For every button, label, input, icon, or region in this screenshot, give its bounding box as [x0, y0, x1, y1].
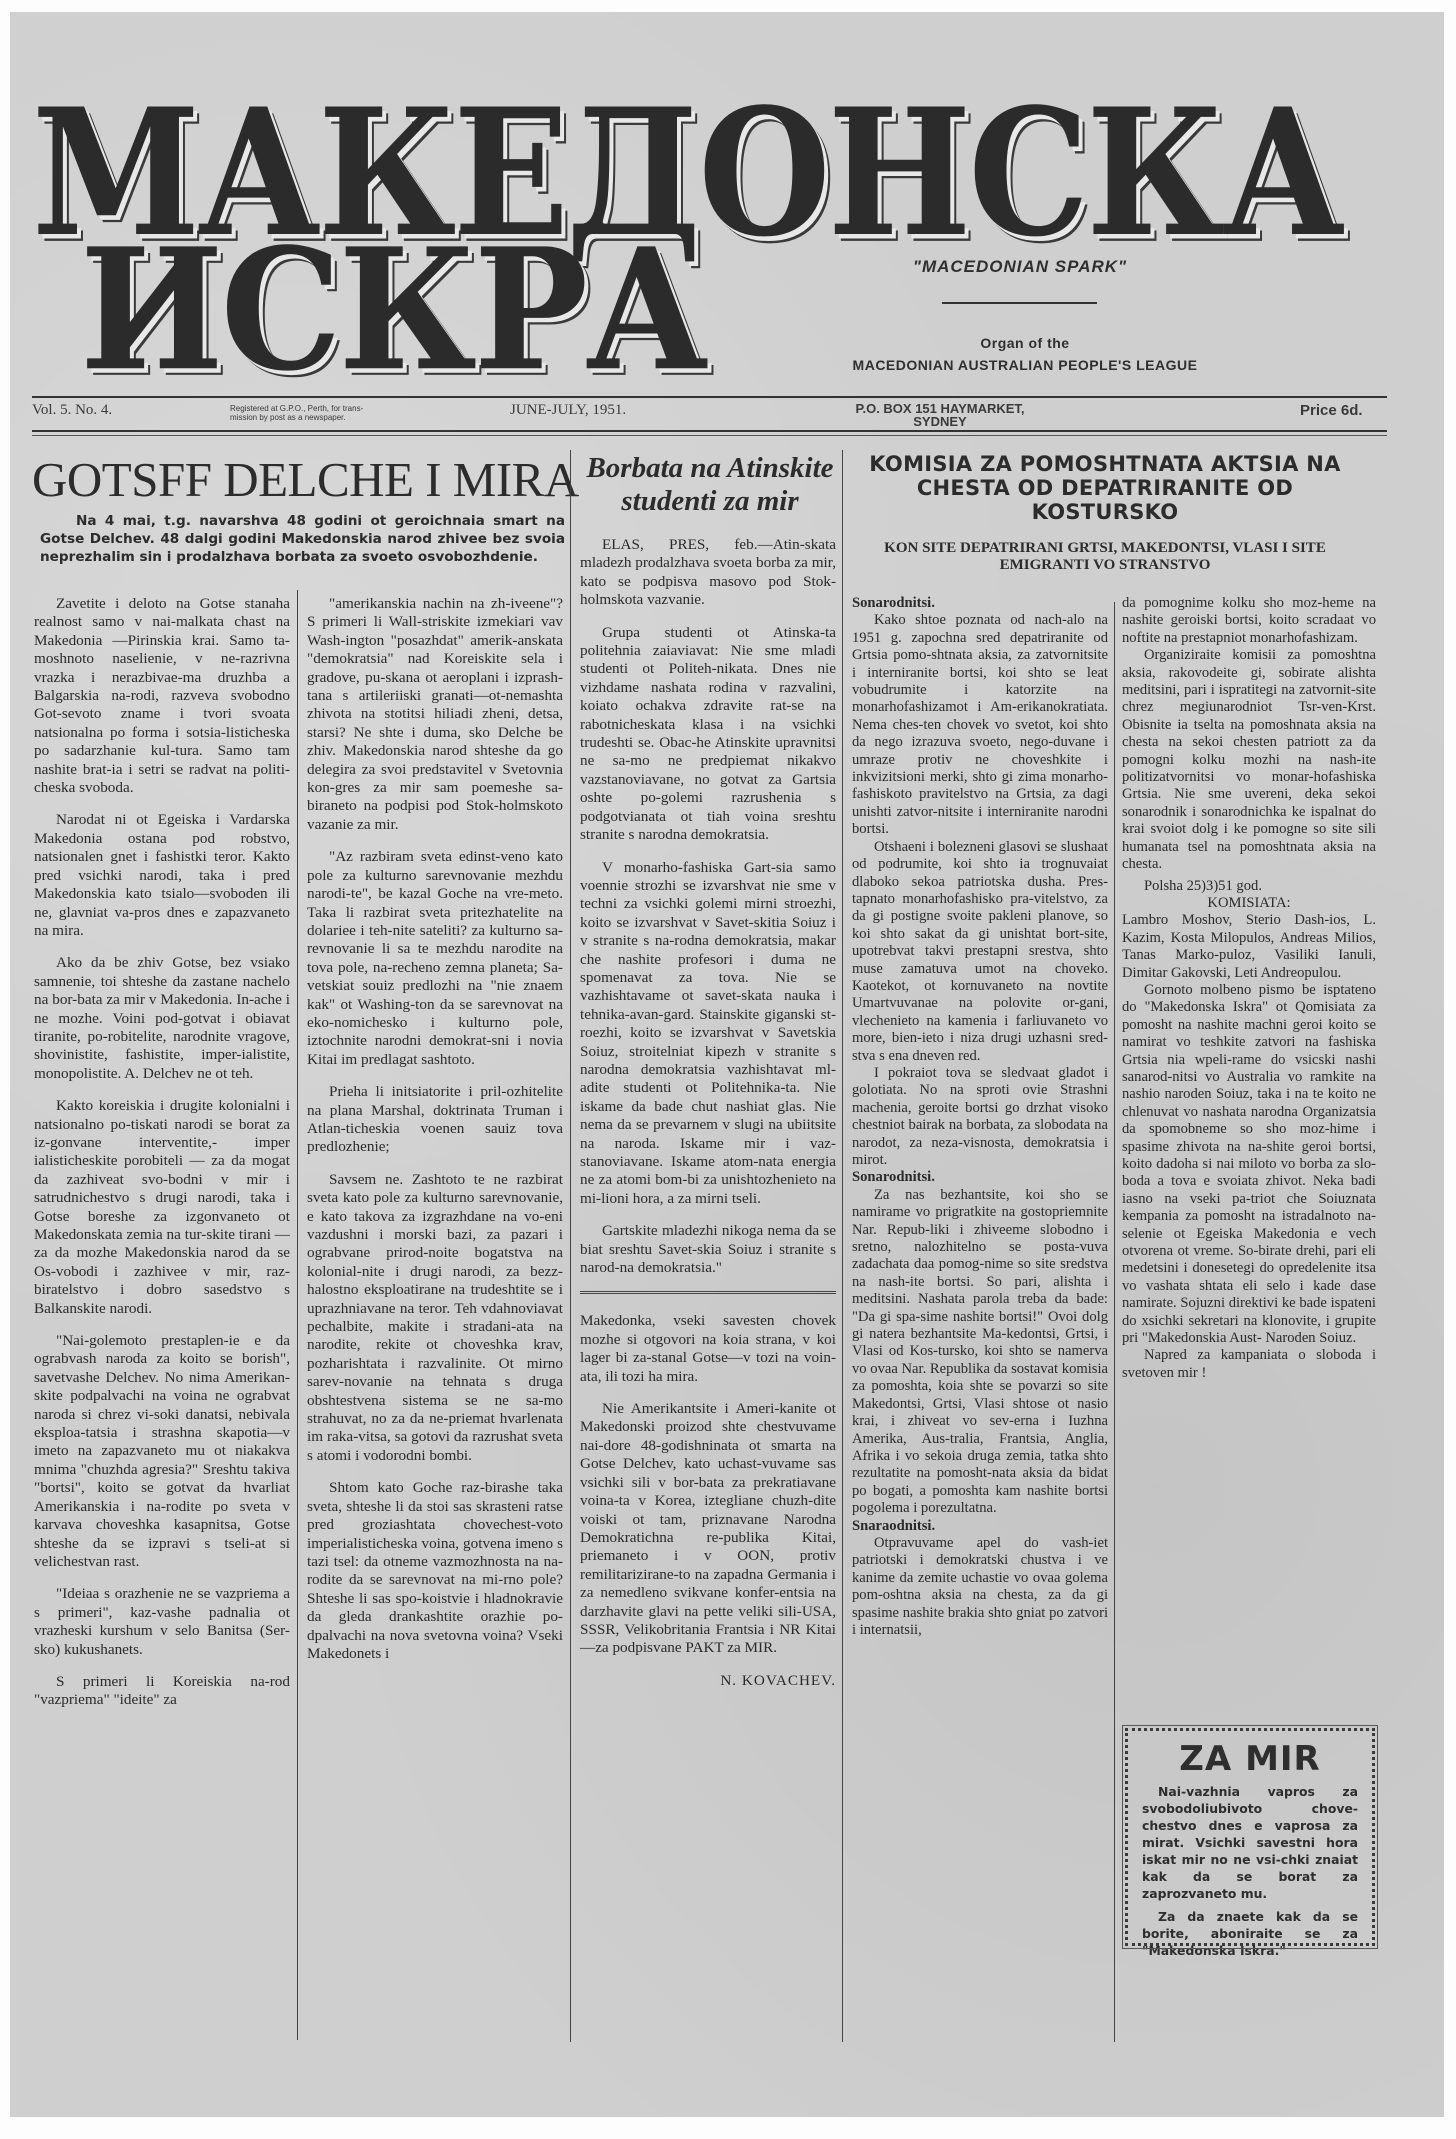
salutation: Sonarodnitsi. [852, 595, 1108, 612]
masthead-tagline: "MACEDONIAN SPARK" [860, 257, 1180, 277]
paragraph: ELAS, PRES, feb.—Atin-skata mladezh prod… [580, 536, 836, 610]
column-rule-4 [1114, 602, 1115, 2042]
paragraph: Otshaeni i bolezneni glasovi se slushaat… [852, 839, 1108, 1065]
paragraph: Prieha li initsiatorite i pril-ozhitelit… [307, 1083, 563, 1157]
paragraph: Otpravuvame apel do vash-iet patriotski … [852, 1535, 1108, 1639]
issue-price: Price 6d. [1300, 402, 1363, 419]
newspaper-page: МАКЕДОНСКА ИСКРА "MACEDONIAN SPARK" Orga… [10, 12, 1444, 2117]
paragraph: Nai-vazhnia vapros za svobodoliubivoto c… [1142, 1783, 1358, 1902]
paragraph: "Nai-golemoto prestaplen-ie e da ograbva… [34, 1332, 290, 1571]
paragraph: Gartskite mladezhi nikoga nema da se bia… [580, 1222, 836, 1277]
byline-kovachev: N. KOVACHEV. [580, 1672, 836, 1690]
paragraph: Nie Amerikantsite i Ameri-kanite ot Make… [580, 1400, 836, 1658]
column-2: "amerikanskia nachin na zh-iveene"? S pr… [307, 595, 563, 1677]
headline-borbata: Borbata na Atinskite studenti za mir [580, 452, 840, 518]
paragraph: Gornoto molbeno pismo be isptateno do "M… [1122, 982, 1376, 1348]
paragraph: Kakto koreiskia i drugite kolonialni i n… [34, 1097, 290, 1318]
article-separator [580, 1291, 836, 1294]
paragraph: Makedonka, vseki savesten chovek mozhe s… [580, 1312, 836, 1386]
paragraph: I pokraiot tova se sledvaat gladot i gol… [852, 1065, 1108, 1169]
headline-borbata-line1: Borbata na Atinskite [580, 452, 840, 485]
paragraph: S primeri li Koreiskia na-rod "vazpriema… [34, 1673, 290, 1710]
paragraph: "Az razbiram sveta edinst-veno kato pole… [307, 848, 563, 1069]
lead-gotse: Na 4 mai, t.g. navarshva 48 godini ot ge… [40, 512, 565, 566]
paragraph: Narodat ni ot Egeiska i Vardarska Makedo… [34, 811, 290, 940]
column-1: Zavetite i deloto na Gotse stanaha realn… [34, 595, 290, 1724]
paragraph: Grupa studenti ot Atinska-ta politehnia … [580, 624, 836, 845]
masthead-rule-thin [32, 435, 1387, 436]
tagline-rule [942, 302, 1097, 304]
lead-paragraph: Na 4 mai, t.g. navarshva 48 godini ot ge… [40, 512, 565, 566]
za-mir-body: Nai-vazhnia vapros za svobodoliubivoto c… [1142, 1783, 1358, 1959]
issue-volume: Vol. 5. No. 4. [32, 402, 112, 419]
paragraph: Za da znaete kak da se borite, abonirait… [1142, 1908, 1358, 1959]
issue-registration: Registered at G.P.O., Perth, for trans- … [230, 404, 363, 422]
za-mir-title: ZA MIR [1142, 1741, 1358, 1777]
column-rule-3 [842, 450, 843, 2042]
paragraph: Za nas bezhantsite, koi sho se namirame … [852, 1187, 1108, 1518]
masthead-rule-top [32, 396, 1387, 398]
committee-members: Lambro Moshov, Sterio Dash-ios, L. Kazim… [1122, 912, 1376, 982]
masthead-title-line2: ИСКРА [80, 244, 640, 376]
salutation-3: Snaraodnitsi. [852, 1518, 1108, 1535]
column-5: da pomognime kolku sho moz-heme na nashi… [1122, 595, 1376, 1382]
paragraph: Zavetite i deloto na Gotse stanaha realn… [34, 595, 290, 797]
salutation-2: Sonarodnitsi. [852, 1169, 1108, 1186]
komisia-body-d: da pomognime kolku sho moz-heme na nashi… [1122, 595, 1376, 874]
komisia-body-b: Za nas bezhantsite, koi sho se namirame … [852, 1187, 1108, 1518]
paragraph: Ako da be zhiv Gotse, bez vsiako samneni… [34, 954, 290, 1083]
headline-borbata-line2: studenti za mir [580, 485, 840, 518]
committee-label: KOMISIATA: [1122, 895, 1376, 912]
borbata-body: ELAS, PRES, feb.—Atin-skata mladezh prod… [580, 536, 836, 1277]
column-rule-1 [297, 590, 298, 2040]
paragraph: Shtom kato Goche raz-birashe taka sveta,… [307, 1479, 563, 1663]
issue-date: JUNE-JULY, 1951. [510, 402, 626, 419]
subheadline-komisia: KON SITE DEPATRIRANI GRTSI, MAKEDONTSI, … [865, 540, 1345, 574]
komisia-body-c: Otpravuvame apel do vash-iet patriotski … [852, 1535, 1108, 1639]
dateline: Polsha 25)3)51 god. [1122, 878, 1376, 895]
paragraph: V monarho-fashiska Gart-sia samo voennie… [580, 859, 836, 1209]
headline-komisia: KOMISIA ZA POMOSHTNATA AKTSIA NA CHESTA … [855, 452, 1355, 524]
masthead-organ: Organ of the MACEDONIAN AUSTRALIAN PEOPL… [780, 332, 1270, 376]
komisia-body-a: Kako shtoe poznata od nach-alo na 1951 g… [852, 612, 1108, 1169]
komisia-body-e: Gornoto molbeno pismo be isptateno do "M… [1122, 982, 1376, 1382]
masthead-rule-bottom [32, 430, 1387, 432]
address-line2: SYDNEY [810, 415, 1070, 428]
paragraph: Napred za kampaniata o sloboda i svetove… [1122, 1347, 1376, 1382]
paragraph: da pomognime kolku sho moz-heme na nashi… [1122, 595, 1376, 647]
za-mir-box: ZA MIR Nai-vazhnia vapros za svobodoliub… [1125, 1728, 1375, 1946]
organ-line2: MACEDONIAN AUSTRALIAN PEOPLE'S LEAGUE [780, 354, 1270, 376]
paragraph: Organiziraite komisii za pomoshtna aksia… [1122, 647, 1376, 873]
paragraph: Kako shtoe poznata od nach-alo na 1951 g… [852, 612, 1108, 838]
paragraph: "amerikanskia nachin na zh-iveene"? S pr… [307, 595, 563, 834]
column-4: Sonarodnitsi. Kako shtoe poznata od nach… [852, 595, 1108, 1639]
gotse-continued-body: Makedonka, vseki savesten chovek mozhe s… [580, 1312, 836, 1657]
organ-line1: Organ of the [780, 332, 1270, 354]
issue-address: P.O. BOX 151 HAYMARKET, SYDNEY [810, 402, 1070, 428]
headline-gotse: GOTSFF DELCHE I MIRA [32, 454, 577, 506]
column-3: ELAS, PRES, feb.—Atin-skata mladezh prod… [580, 536, 836, 1704]
paragraph: "Ideiaa s orazhenie ne se vazpriema a s … [34, 1585, 290, 1659]
paragraph: Savsem ne. Zashtoto te ne razbirat sveta… [307, 1171, 563, 1466]
column-rule-2 [570, 450, 571, 2042]
